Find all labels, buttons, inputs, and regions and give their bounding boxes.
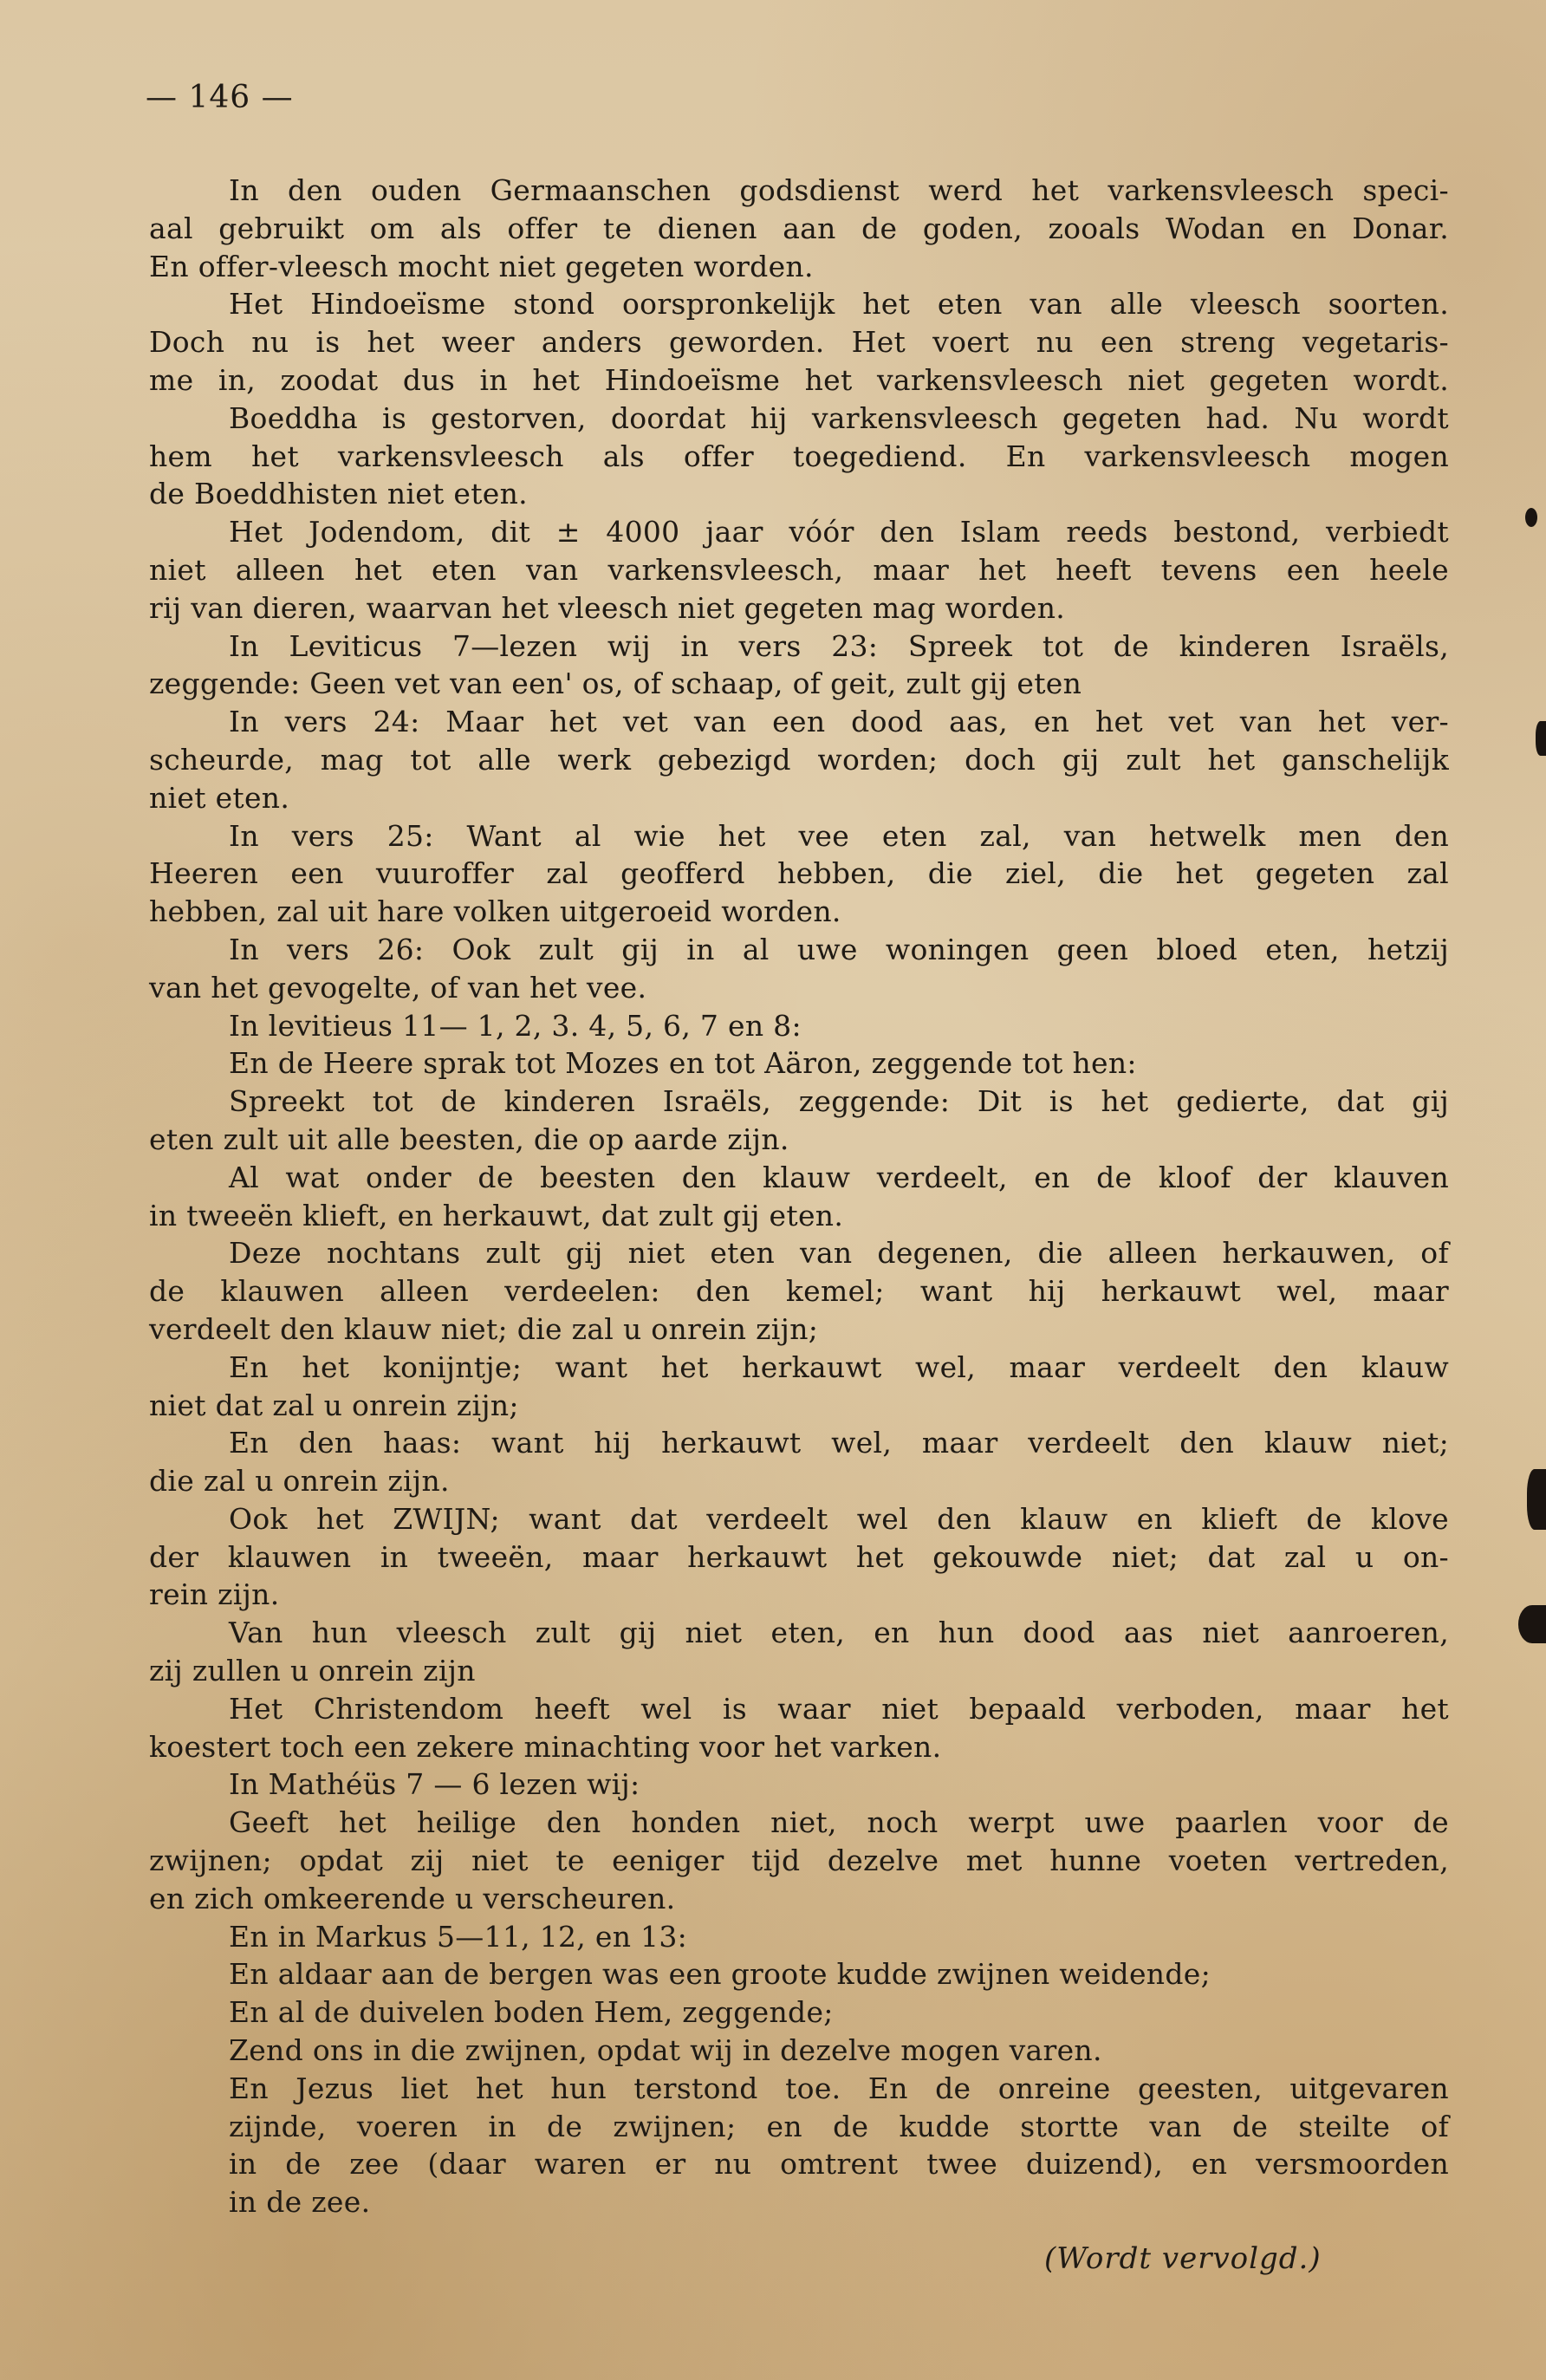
text-line: En offer-vleesch mocht niet gegeten word… xyxy=(149,248,1449,286)
page-number: — 146 — xyxy=(146,80,294,115)
text-line: Spreekt tot de kinderen Israëls, zeggend… xyxy=(149,1083,1449,1121)
ink-blot-mark xyxy=(1536,721,1546,756)
ink-blot-mark xyxy=(1525,508,1537,527)
text-line: niet dat zal u onrein zijn; xyxy=(149,1387,1449,1425)
text-line: Heeren een vuuroffer zal geofferd hebben… xyxy=(149,855,1449,893)
text-line: Het Jodendom, dit ± 4000 jaar vóór den I… xyxy=(149,513,1449,551)
text-line: rij van dieren, waarvan het vleesch niet… xyxy=(149,589,1449,628)
text-line: Geeft het heilige den honden niet, noch … xyxy=(149,1804,1449,1842)
text-line: En het konijntje; want het herkauwt wel,… xyxy=(149,1349,1449,1387)
text-line: zeggende: Geen vet van een' os, of schaa… xyxy=(149,665,1449,703)
text-line: In den ouden Germaanschen godsdienst wer… xyxy=(149,172,1449,210)
text-line: zwijnen; opdat zij niet te eeniger tijd … xyxy=(149,1842,1449,1880)
text-line: in de zee (daar waren er nu omtrent twee… xyxy=(149,2145,1449,2183)
ink-blot-mark xyxy=(1518,1605,1546,1643)
text-line: en zich omkeerende u verscheuren. xyxy=(149,1880,1449,1918)
text-line: koestert toch een zekere minachting voor… xyxy=(149,1728,1449,1766)
scanned-book-page: — 146 — In den ouden Germaanschen godsdi… xyxy=(0,0,1546,2380)
text-line: En in Markus 5—11, 12, en 13: xyxy=(149,1918,1449,1956)
text-line: Al wat onder de beesten den klauw verdee… xyxy=(149,1159,1449,1197)
text-line: Ook het ZWIJN; want dat verdeelt wel den… xyxy=(149,1500,1449,1538)
text-line: En al de duivelen boden Hem, zeggende; xyxy=(149,1993,1449,2032)
text-line: zij zullen u onrein zijn xyxy=(149,1652,1449,1690)
text-line: En de Heere sprak tot Mozes en tot Aäron… xyxy=(149,1044,1449,1083)
text-line: de klauwen alleen verdeelen: den kemel; … xyxy=(149,1272,1449,1310)
text-line: scheurde, mag tot alle werk gebezigd wor… xyxy=(149,741,1449,779)
text-line: hebben, zal uit hare volken uitgeroeid w… xyxy=(149,893,1449,931)
text-line: Doch nu is het weer anders geworden. Het… xyxy=(149,323,1449,361)
text-line: zijnde, voeren in de zwijnen; en de kudd… xyxy=(149,2108,1449,2146)
text-line: eten zult uit alle beesten, die op aarde… xyxy=(149,1121,1449,1159)
text-line: En den haas: want hij herkauwt wel, maar… xyxy=(149,1424,1449,1462)
text-line: Het Christendom heeft wel is waar niet b… xyxy=(149,1690,1449,1728)
ink-blot-mark xyxy=(1527,1469,1546,1530)
continued-note: (Wordt vervolgd.) xyxy=(1044,2241,1322,2276)
text-line: En aldaar aan de bergen was een groote k… xyxy=(149,1955,1449,1993)
text-line: in de zee. xyxy=(149,2183,1449,2221)
body-text: In den ouden Germaanschen godsdienst wer… xyxy=(149,172,1449,2221)
text-line: de Boeddhisten niet eten. xyxy=(149,475,1449,513)
text-line: in tweeën klieft, en herkauwt, dat zult … xyxy=(149,1197,1449,1235)
text-line: niet alleen het eten van varkensvleesch,… xyxy=(149,551,1449,589)
text-line: niet eten. xyxy=(149,779,1449,817)
text-line: der klauwen in tweeën, maar herkauwt het… xyxy=(149,1538,1449,1577)
text-line: In Mathéüs 7 — 6 lezen wij: xyxy=(149,1765,1449,1804)
text-line: In Leviticus 7—lezen wij in vers 23: Spr… xyxy=(149,628,1449,666)
text-line: In vers 25: Want al wie het vee eten zal… xyxy=(149,817,1449,855)
text-line: Zend ons in die zwijnen, opdat wij in de… xyxy=(149,2032,1449,2070)
text-line: En Jezus liet het hun terstond toe. En d… xyxy=(149,2070,1449,2108)
text-line: van het gevogelte, of van het vee. xyxy=(149,969,1449,1007)
text-line: me in, zoodat dus in het Hindoeïsme het … xyxy=(149,361,1449,400)
text-line: Boeddha is gestorven, doordat hij varken… xyxy=(149,400,1449,438)
text-line: aal gebruikt om als offer te dienen aan … xyxy=(149,210,1449,248)
text-line: In levitieus 11— 1, 2, 3. 4, 5, 6, 7 en … xyxy=(149,1007,1449,1045)
text-line: In vers 24: Maar het vet van een dood aa… xyxy=(149,703,1449,741)
text-line: rein zijn. xyxy=(149,1576,1449,1614)
text-line: In vers 26: Ook zult gij in al uwe wonin… xyxy=(149,931,1449,969)
text-line: die zal u onrein zijn. xyxy=(149,1462,1449,1500)
text-line: hem het varkensvleesch als offer toegedi… xyxy=(149,438,1449,476)
text-line: Deze nochtans zult gij niet eten van deg… xyxy=(149,1234,1449,1272)
text-line: verdeelt den klauw niet; die zal u onrei… xyxy=(149,1310,1449,1349)
text-line: Het Hindoeïsme stond oorspronkelijk het … xyxy=(149,285,1449,323)
text-line: Van hun vleesch zult gij niet eten, en h… xyxy=(149,1614,1449,1652)
